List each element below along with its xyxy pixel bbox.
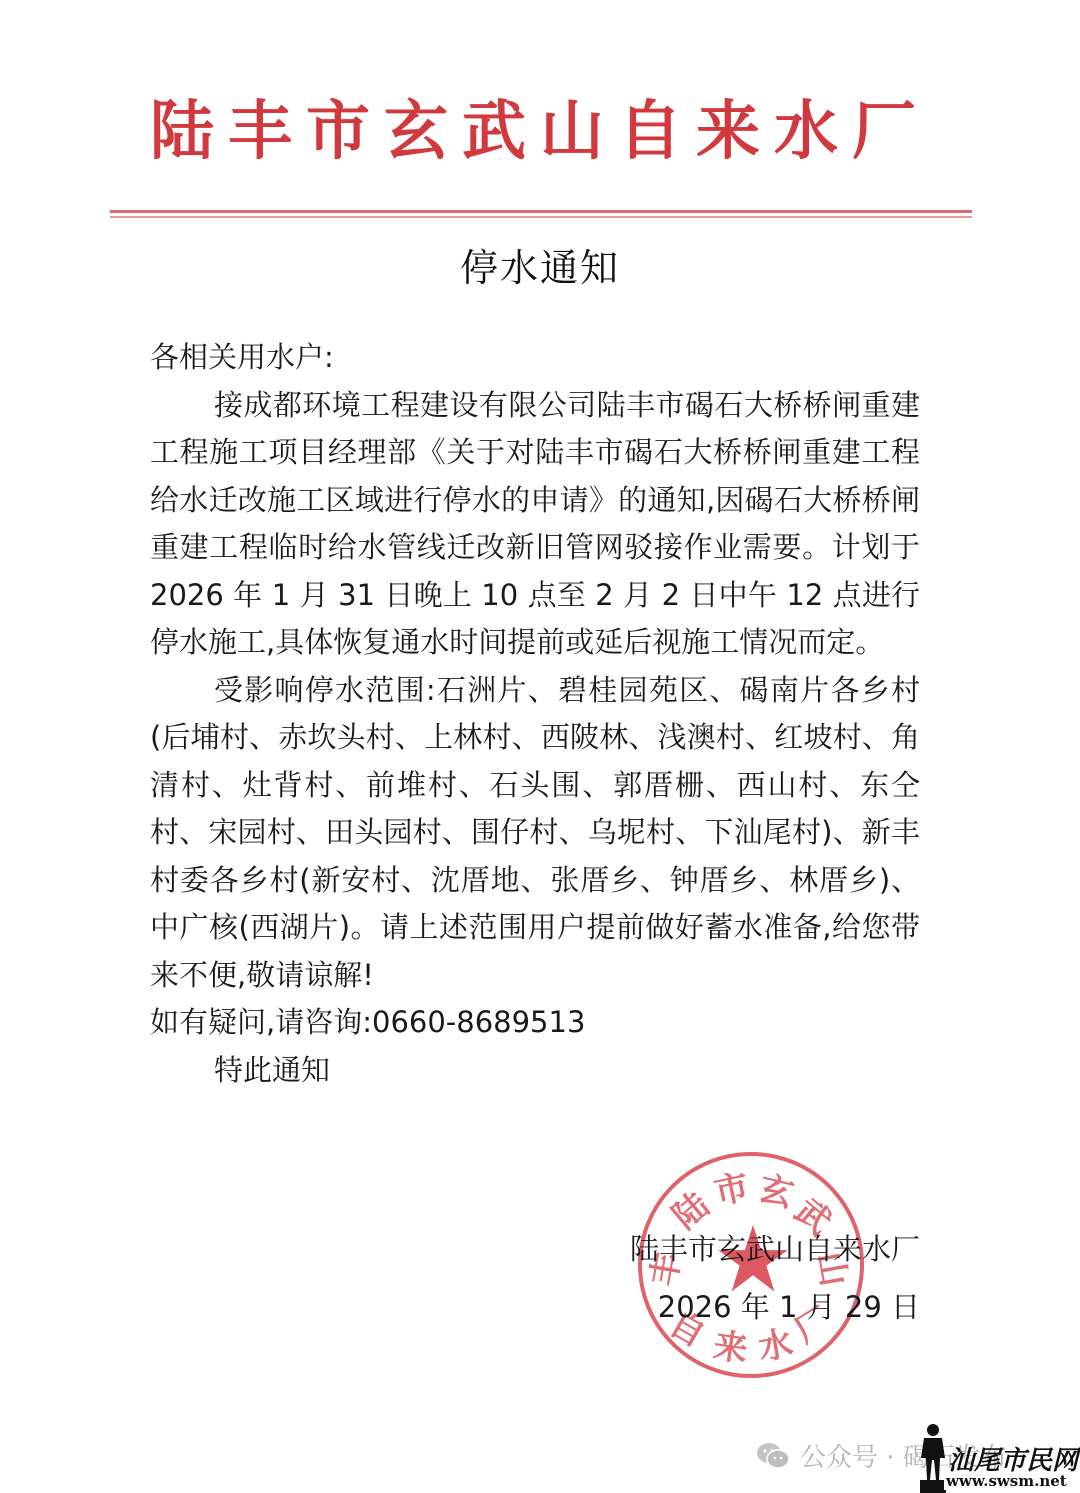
site-watermark: 汕尾市民网 www.swsm.net xyxy=(918,1422,1080,1493)
signature-org-name: 陆丰市玄武山自来水厂 xyxy=(560,1220,920,1278)
document-body: 各相关用水户: 接成都环境工程建设有限公司陆丰市碣石大桥桥闸重建工程施工项目经理… xyxy=(150,334,920,1094)
letterhead-rule-top xyxy=(110,210,972,213)
seal-char: 玄 xyxy=(755,1161,800,1217)
closing: 特此通知 xyxy=(150,1047,920,1095)
contact-line: 如有疑问,请咨询:0660-8689513 xyxy=(150,999,920,1047)
paragraph-affected-area: 受影响停水范围:石洲片、碧桂园苑区、碣南片各乡村(后埔村、赤坎头村、上林村、西陂… xyxy=(150,667,920,1000)
letterhead-org-name: 陆丰市玄武山自来水厂 xyxy=(110,92,970,172)
signature-block: 陆丰市玄武山自来水厂 2026 年 1 月 29 日 xyxy=(560,1220,920,1336)
seal-char: 市 xyxy=(709,1159,752,1214)
signature-date: 2026 年 1 月 29 日 xyxy=(560,1278,920,1336)
site-url: www.swsm.net xyxy=(944,1472,1069,1490)
paragraph-notice: 接成都环境工程建设有限公司陆丰市碣石大桥桥闸重建工程施工项目经理部《关于对陆丰市… xyxy=(150,382,920,667)
document-title: 停水通知 xyxy=(0,240,1080,296)
letterhead-rule-bottom xyxy=(110,216,972,218)
salutation: 各相关用水户: xyxy=(150,334,920,382)
wechat-icon xyxy=(756,1442,790,1470)
